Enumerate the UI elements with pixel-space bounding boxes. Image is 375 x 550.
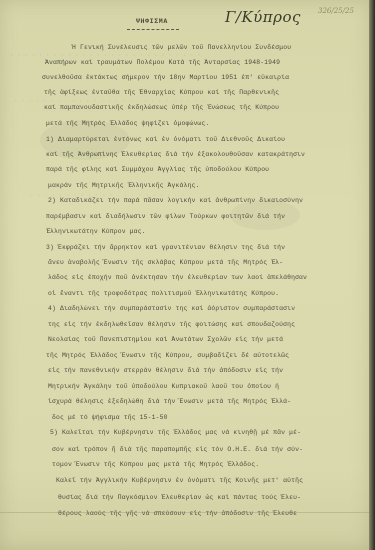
text-line: 1) Διαμαρτύρεται ἐντόνως καί ἐν ὀνόματι … [46, 136, 285, 143]
text-line: Ἀναπήρων καί τραυμάτων Πολέμου Κατά τῆς … [45, 59, 280, 66]
scan-edge [369, 0, 375, 550]
text-line: μετά τῆς Μητρός Ἑλλάδος ψηφίζει ὁμοφώνως… [46, 120, 209, 127]
handwritten-annotation: Γ/Κύπρος [225, 8, 301, 26]
text-line: καί τῆς Ἀνθρωπίνης Ἐλευθερίας διά τήν ἐξ… [46, 151, 305, 158]
text-line: 4) Διαδηλώνει τήν συμπαράστασίν της καί … [48, 305, 295, 312]
text-line: ἄνευ ἀναβολῆς Ἕνωσιν τῆς σκλάβας Κύπρου … [48, 259, 283, 266]
text-line: της εἰς τήν ἐκδηλωθεῖσαν θέλησιν τῆς φοι… [48, 321, 295, 328]
title-underline [127, 29, 179, 30]
text-line: Νεολαίας τοῦ Πανεπιστημίου καί Ἀνωτάτων … [48, 336, 283, 343]
text-line: Ἡ Γενική Συνέλευσις τῶν μελῶν τοῦ Πανελλ… [72, 44, 291, 51]
text-line: μακράν τῆς Μητρικῆς Ἑλληνικῆς Ἀγκάλης. [48, 182, 199, 189]
text-line: Μητρικήν Ἀγκάλην τοῦ ὑποδούλου Κυπριακοῦ… [48, 383, 279, 390]
document-title: ΨΗΦΙΣΜΑ [136, 18, 168, 25]
text-line: παρέμβασιν καί διαδήλωσιν τῶν φίλων Τούρ… [46, 213, 285, 220]
text-line: συνελθοῦσα ἐκτάκτως σήμερον τήν 18ην Μαρ… [42, 74, 289, 81]
text-line: παρά τῆς φίλης καί Συμμάχου Ἀγγλίας τῆς … [46, 166, 269, 173]
text-line: εἰς τήν πανεθνικήν στερράν θέλησιν διά τ… [48, 367, 283, 374]
text-line: 5) Καλεῖται τήν Κυβέρνησιν τῆς Ἑλλάδος μ… [50, 429, 301, 436]
document-page: · · · · · · · · · · · · · · · · · · · · … [0, 0, 370, 550]
text-line: καί παμπανουδαστικῆς ἐκδηλώσεως ὑπέρ τῆς… [44, 104, 279, 111]
text-line: 2) Καταδικάζει τήν παρά πᾶσαν λογικήν κα… [48, 197, 303, 204]
text-line: δος μέ τό ψήφισμα τῆς 15-1-50 [52, 414, 168, 421]
text-line: οἱ ἔναντι τῆς τροφοδότρας πολιτισμοῦ Ἑλλ… [48, 290, 279, 297]
paper-fold [0, 512, 370, 513]
text-line: θυσίας διά τήν Παγκόσμιον Ἐλευθερίαν ὡς … [58, 494, 301, 501]
archive-reference-number: 326/25/25 [318, 7, 354, 15]
text-line: 3) Ἐκφράζει τήν ἄρρηκτον καί γρανιτένιαν… [46, 244, 285, 251]
text-line: σον καί τρόπον ἤ διά τῆς παραπομπῆς εἰς … [52, 446, 303, 453]
text-line: τῆς ἀφίξεως ἐνταῦθα τῆς Ἐθναρχίας Κύπρου… [44, 89, 279, 96]
text-line: λάδος εἰς ἐποχήν ποῦ ἀνέκτησαν τήν ἐλευθ… [48, 274, 307, 281]
text-line: Καλεῖ τήν Ἀγγλικήν Κυβέρνησιν ἐν ὀνόματι… [56, 477, 303, 484]
text-line: Ἑλληνικωτάτην Κύπρον μας. [46, 228, 146, 235]
text-line: ἰσχυρά θέλησις ἐξεδηλώθη διά τήν Ἕνωσιν … [48, 398, 291, 405]
text-line: τῆς Μητρός Ἑλλάδος Ἕνωσιν τῆς Κύπρου, συ… [46, 352, 289, 359]
bleed-through-text: · · · · · · · · · · · · · · · · · · · · … [10, 52, 201, 59]
text-line: τομον Ἕνωσιν τῆς Κύπρου μας μετά τῆς Μητ… [52, 461, 259, 468]
